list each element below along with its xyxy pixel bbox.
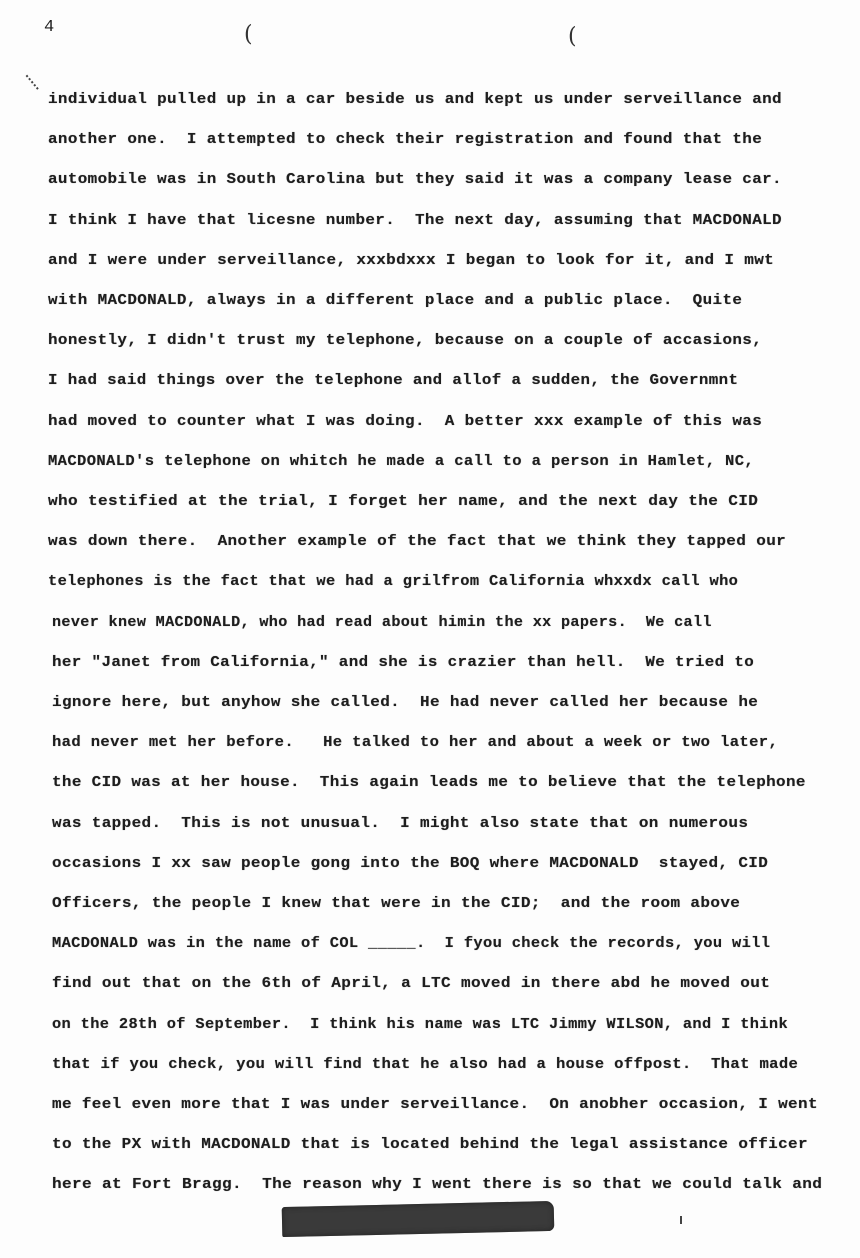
hole-punch-mark-right: ( xyxy=(568,24,577,49)
text-line: to the PX with MACDONALD that is located… xyxy=(52,1135,808,1153)
text-line: her "Janet from California," and she is … xyxy=(52,653,754,671)
text-line: the CID was at her house. This again lea… xyxy=(52,773,806,791)
text-line: I had said things over the telephone and… xyxy=(48,371,738,389)
text-line: I think I have that licesne number. The … xyxy=(48,211,782,229)
text-line: find out that on the 6th of April, a LTC… xyxy=(52,974,770,992)
text-line: telephones is the fact that we had a gri… xyxy=(48,572,738,590)
text-line: had never met her before. He talked to h… xyxy=(52,733,778,751)
text-line: was tapped. This is not unusual. I might… xyxy=(52,814,748,832)
text-line: on the 28th of September. I think his na… xyxy=(52,1015,788,1033)
text-line: automobile was in South Carolina but the… xyxy=(48,170,782,188)
page-number: 4 xyxy=(44,18,54,37)
scan-artifact-mark xyxy=(680,1216,682,1224)
text-line: never knew MACDONALD, who had read about… xyxy=(52,613,712,631)
text-line: me feel even more that I was under serve… xyxy=(52,1095,818,1113)
text-line: here at Fort Bragg. The reason why I wen… xyxy=(52,1175,822,1193)
text-line: individual pulled up in a car beside us … xyxy=(48,90,782,108)
redaction-bar xyxy=(282,1201,555,1237)
text-line: MACDONALD was in the name of COL _____. … xyxy=(52,934,770,952)
text-line: MACDONALD's telephone on whitch he made … xyxy=(48,452,754,470)
text-line: occasions I xx saw people gong into the … xyxy=(52,854,768,872)
scan-artifact-mark xyxy=(26,68,47,90)
text-line: who testified at the trial, I forget her… xyxy=(48,492,758,510)
text-line: with MACDONALD, always in a different pl… xyxy=(48,291,742,309)
text-line: Officers, the people I knew that were in… xyxy=(52,894,740,912)
text-line: that if you check, you will find that he… xyxy=(52,1055,798,1073)
text-line: had moved to counter what I was doing. A… xyxy=(48,412,762,430)
text-line: was down there. Another example of the f… xyxy=(48,532,786,550)
hole-punch-mark-left: ( xyxy=(244,22,253,47)
text-line: honestly, I didn't trust my telephone, b… xyxy=(48,331,762,349)
text-line: and I were under serveillance, xxxbdxxx … xyxy=(48,251,774,269)
text-line: ignore here, but anyhow she called. He h… xyxy=(52,693,758,711)
document-page: 4 ( ( individual pulled up in a car besi… xyxy=(0,0,860,1258)
text-line: another one. I attempted to check their … xyxy=(48,130,762,148)
